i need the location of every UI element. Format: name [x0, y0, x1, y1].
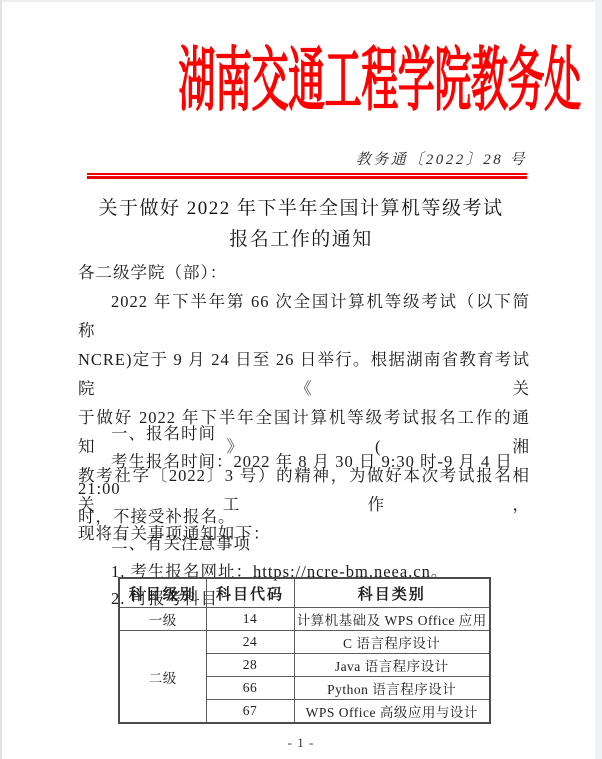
category-cell: Java 语言程序设计: [294, 654, 490, 677]
table-row: 二级 24 C 语言程序设计: [119, 631, 490, 654]
category-cell: C 语言程序设计: [294, 631, 490, 654]
section2-heading: 二、有关注意事项: [78, 530, 530, 558]
code-cell: 67: [206, 700, 294, 724]
level-cell: 二级: [119, 631, 206, 724]
red-separator-thick-line: [87, 176, 527, 179]
header-subject-level: 科目级别: [119, 578, 206, 608]
scanned-notice-page: 湖南交通工程学院教务处 教务通〔2022〕28 号 关于做好 2022 年下半年…: [0, 0, 602, 759]
code-cell: 66: [206, 677, 294, 700]
category-cell: WPS Office 高级应用与设计: [294, 700, 490, 724]
category-cell: 计算机基础及 WPS Office 应用: [294, 608, 490, 631]
header-subject-category: 科目类别: [294, 578, 490, 608]
header-subject-code: 科目代码: [206, 578, 294, 608]
table-header-row: 科目级别 科目代码 科目类别: [119, 578, 490, 608]
paragraph-line: 2022 年下半年第 66 次全国计算机等级考试（以下简称: [78, 287, 530, 345]
section1-heading: 一、报名时间: [78, 420, 530, 448]
notice-title: 关于做好 2022 年下半年全国计算机等级考试 报名工作的通知: [0, 193, 602, 255]
red-separator-line: [87, 173, 527, 179]
code-cell: 28: [206, 654, 294, 677]
section1-line2: 时，不接受补报名。: [78, 503, 530, 531]
notice-title-line2: 报名工作的通知: [0, 224, 602, 255]
subjects-table: 科目级别 科目代码 科目类别 一级 14 计算机基础及 WPS Office 应…: [118, 577, 491, 724]
notice-title-line1: 关于做好 2022 年下半年全国计算机等级考试: [0, 193, 602, 224]
document-number: 教务通〔2022〕28 号: [356, 148, 527, 169]
table-row: 一级 14 计算机基础及 WPS Office 应用: [119, 608, 490, 631]
letterhead: 湖南交通工程学院教务处: [0, 40, 602, 120]
category-cell: Python 语言程序设计: [294, 677, 490, 700]
salutation: 各二级学院（部）：: [78, 258, 530, 287]
scan-edge-top: [0, 0, 602, 2]
page-number: - 1 -: [0, 735, 602, 751]
section1-line1: 考生报名时间：2022 年 8 月 30 日 9:30 时-9 月 4 日 21…: [78, 448, 530, 503]
level-cell: 一级: [119, 608, 206, 631]
code-cell: 14: [206, 608, 294, 631]
code-cell: 24: [206, 631, 294, 654]
agency-title: 湖南交通工程学院教务处: [178, 40, 580, 120]
paragraph-line: NCRE)定于 9 月 24 日至 26 日举行。根据湖南省教育考试院《关: [78, 345, 530, 403]
